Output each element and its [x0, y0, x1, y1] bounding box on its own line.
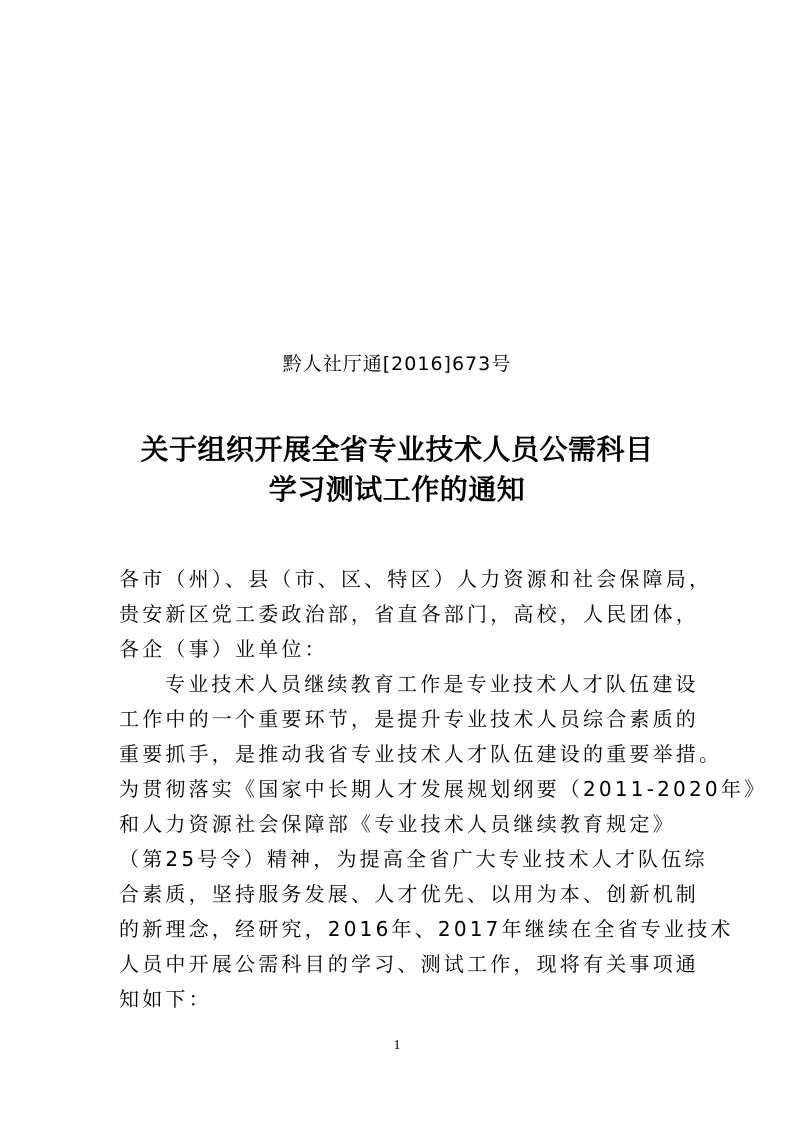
- paragraph-line: 工作中的一个重要环节，是提升专业技术人员综合素质的: [119, 702, 699, 737]
- paragraph-line: （第25号令）精神，为提高全省广大专业技术人才队伍综: [119, 842, 699, 877]
- title-line-1: 关于组织开展全省专业技术人员公需科目: [0, 430, 794, 470]
- paragraph-line: 的新理念，经研究，2016年、2017年继续在全省专业技术: [119, 912, 699, 947]
- addressee-line-2: 贵安新区党工委政治部，省直各部门，高校，人民团体，: [119, 597, 699, 632]
- addressee-line-1: 各市（州）、县（市、区、特区）人力资源和社会保障局，: [119, 562, 699, 597]
- document-body: 各市（州）、县（市、区、特区）人力资源和社会保障局， 贵安新区党工委政治部，省直…: [119, 562, 699, 1017]
- paragraph-line: 知如下：: [119, 982, 699, 1017]
- page-number: 1: [0, 1037, 794, 1055]
- document-page: 黔人社厅通[2016]673号 关于组织开展全省专业技术人员公需科目 学习测试工…: [0, 0, 794, 1123]
- document-number: 黔人社厅通[2016]673号: [0, 352, 794, 376]
- document-title: 关于组织开展全省专业技术人员公需科目 学习测试工作的通知: [0, 430, 794, 510]
- title-line-2: 学习测试工作的通知: [0, 470, 794, 510]
- paragraph-line: 为贯彻落实《国家中长期人才发展规划纲要（2011-2020年》: [119, 772, 699, 807]
- addressee-line-3: 各企（事）业单位：: [119, 632, 699, 667]
- paragraph-line: 和人力资源社会保障部《专业技术人员继续教育规定》: [119, 807, 699, 842]
- paragraph-line: 合素质，坚持服务发展、人才优先、以用为本、创新机制: [119, 877, 699, 912]
- paragraph-line: 专业技术人员继续教育工作是专业技术人才队伍建设: [119, 667, 699, 702]
- paragraph-line: 重要抓手，是推动我省专业技术人才队伍建设的重要举措。: [119, 737, 699, 772]
- paragraph-line: 人员中开展公需科目的学习、测试工作，现将有关事项通: [119, 947, 699, 982]
